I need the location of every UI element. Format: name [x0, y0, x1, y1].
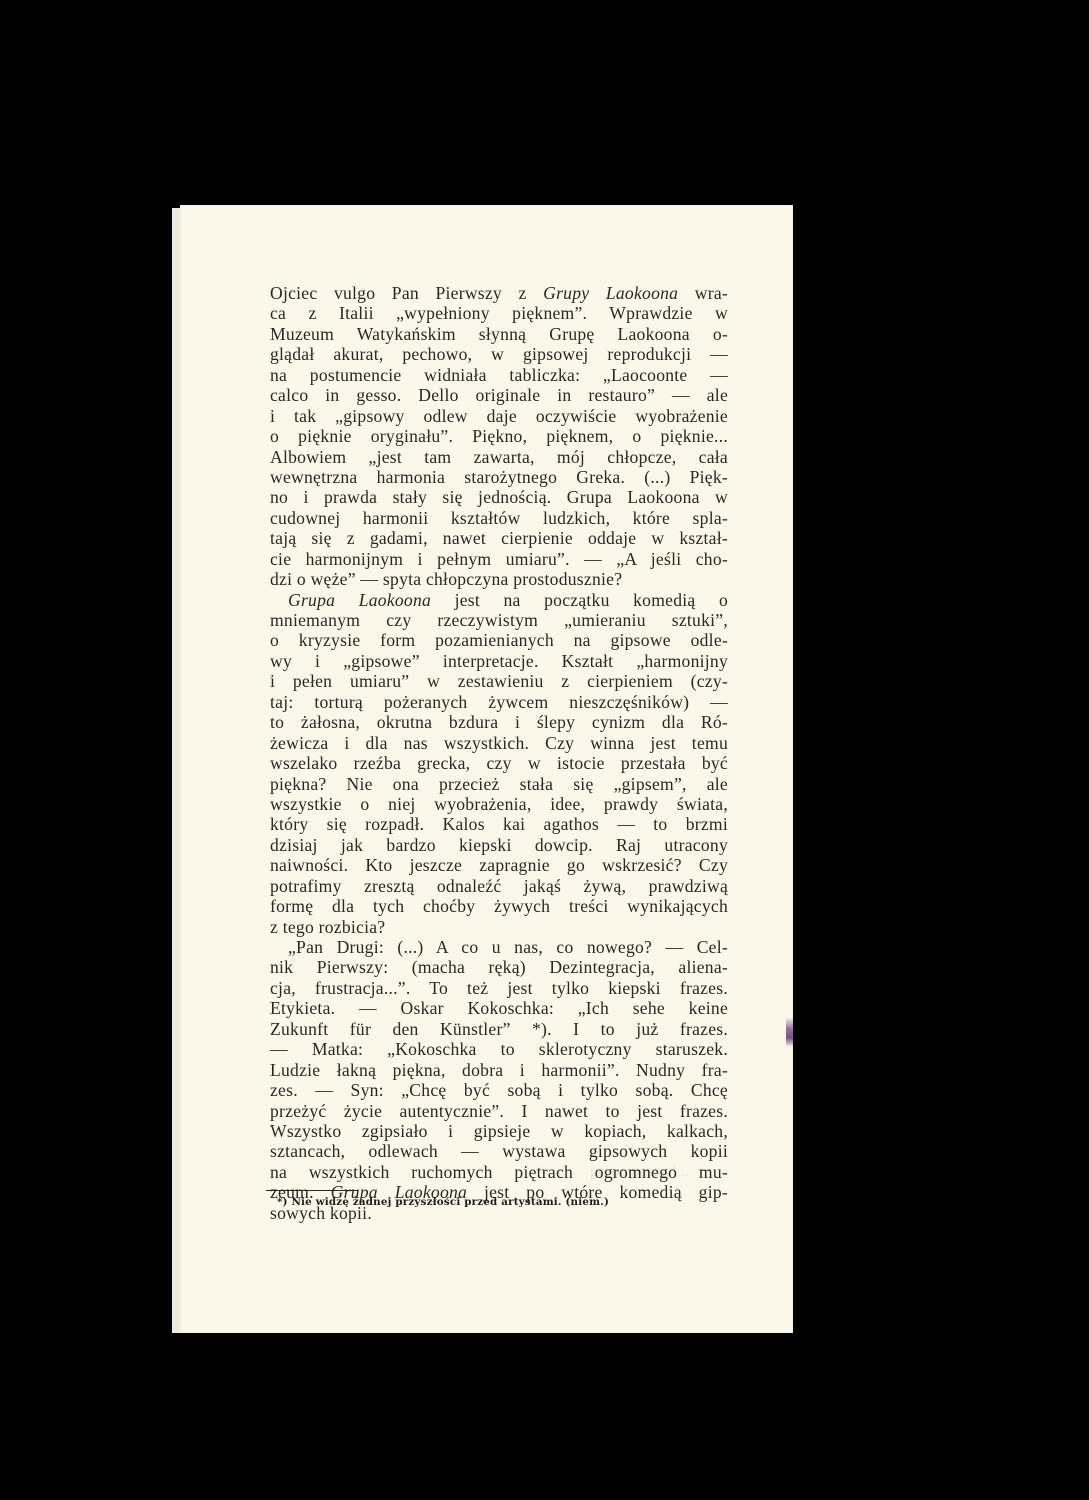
text-run: taj: torturą pożeranych żywcem nieszczęś…: [270, 692, 728, 712]
text-line: o kryzysie form pozamienianych na gipsow…: [270, 630, 728, 650]
text-run: cie harmonijnym i pełnym umiaru”. — „A j…: [270, 549, 728, 569]
text-run: Albowiem „jest tam zawarta, mój chłopcze…: [270, 447, 728, 467]
text-line: cie harmonijnym i pełnym umiaru”. — „A j…: [270, 549, 728, 569]
text-run: dzi o węże” — spyta chłopczyna prostodus…: [270, 569, 622, 589]
text-line: Ojciec vulgo Pan Pierwszy z Grupy Laokoo…: [270, 283, 728, 303]
text-line: i tak „gipsowy odlew daje oczywiście wyo…: [270, 406, 728, 426]
text-line: i pełen umiaru” w zestawieniu z cierpien…: [270, 671, 728, 691]
text-run: — Matka: „Kokoschka to sklerotyczny star…: [270, 1039, 728, 1059]
text-line: no i prawda stały się jednością. Grupa L…: [270, 487, 728, 507]
text-run: Zukunft für den Künstler” *). I to już f…: [270, 1019, 728, 1039]
text-line: z tego rozbicia?: [270, 917, 728, 937]
text-run: i tak „gipsowy odlew daje oczywiście wyo…: [270, 406, 728, 426]
text-line: to żałosna, okrutna bzdura i ślepy cyniz…: [270, 712, 728, 732]
text-run: wewnętrzna harmonia starożytnego Greka. …: [270, 467, 728, 487]
footnote-rule: [266, 1190, 358, 1191]
text-run: Ojciec vulgo Pan Pierwszy z: [270, 283, 543, 303]
text-line: cudownej harmonii kształtów ludzkich, kt…: [270, 508, 728, 528]
text-run: na wszystkich ruchomych piętrach ogromne…: [270, 1162, 728, 1182]
text-run: Wszystko zgipsiało i gipsieje w kopiach,…: [270, 1121, 728, 1141]
text-run: piękna? Nie ona przecież stała się „gips…: [270, 774, 728, 794]
paragraph: Grupa Laokoona jest na początku komedią …: [270, 590, 728, 937]
text-run: wy i „gipsowe” interpretacje. Kształt „h…: [270, 651, 728, 671]
text-line: Ludzie łakną piękna, dobra i harmonii”. …: [270, 1060, 728, 1080]
italic-title: Grupy Laokoona: [543, 283, 678, 303]
text-run: który się rozpadł. Kalos kai agathos — t…: [270, 814, 728, 834]
text-run: „Pan Drugi: (...) A co u nas, co nowego?…: [288, 937, 728, 957]
text-line: cja, frustracja...”. To też jest tylko k…: [270, 978, 728, 998]
text-line: naiwności. Kto jeszcze zapragnie go wskr…: [270, 855, 728, 875]
text-line: który się rozpadł. Kalos kai agathos — t…: [270, 814, 728, 834]
text-run: mniemanym czy rzeczywistym „umieraniu sz…: [270, 610, 728, 630]
text-run: no i prawda stały się jednością. Grupa L…: [270, 487, 728, 507]
text-line: calco in gesso. Dello originale in resta…: [270, 385, 728, 405]
text-line: zes. — Syn: „Chcę być sobą i tylko sobą.…: [270, 1080, 728, 1100]
text-run: żewicza i dla nas wszystkich. Czy winna …: [270, 733, 728, 753]
text-run: formę dla tych choćby żywych treści wyni…: [270, 896, 728, 916]
text-line: formę dla tych choćby żywych treści wyni…: [270, 896, 728, 916]
text-line: dzi o węże” — spyta chłopczyna prostodus…: [270, 569, 728, 589]
text-line: na wszystkich ruchomych piętrach ogromne…: [270, 1162, 728, 1182]
text-run: z tego rozbicia?: [270, 917, 385, 937]
footnote: *) Nie widzę żadnej przyszłości przed ar…: [277, 1196, 609, 1208]
text-run: ca z Italii „wypełniony pięknem”. Wprawd…: [270, 303, 728, 323]
text-line: na postumencie widniała tabliczka: „Laoc…: [270, 365, 728, 385]
text-line: Zukunft für den Künstler” *). I to już f…: [270, 1019, 728, 1039]
text-run: to żałosna, okrutna bzdura i ślepy cyniz…: [270, 712, 728, 732]
text-run: cudownej harmonii kształtów ludzkich, kt…: [270, 508, 728, 528]
text-run: Ludzie łakną piękna, dobra i harmonii”. …: [270, 1060, 728, 1080]
text-line: ca z Italii „wypełniony pięknem”. Wprawd…: [270, 303, 728, 323]
text-line: sztancach, odlewach — wystawa gipsowych …: [270, 1141, 728, 1161]
text-line: tają się z gadami, nawet cierpienie odda…: [270, 528, 728, 548]
text-run: naiwności. Kto jeszcze zapragnie go wskr…: [270, 855, 728, 875]
text-line: Albowiem „jest tam zawarta, mój chłopcze…: [270, 447, 728, 467]
text-line: dzisiaj jak bardzo kiepski dowcip. Raj u…: [270, 835, 728, 855]
text-run: calco in gesso. Dello originale in resta…: [270, 385, 728, 405]
text-line: mniemanym czy rzeczywistym „umieraniu sz…: [270, 610, 728, 630]
text-run: wra-: [678, 283, 728, 303]
text-run: nik Pierwszy: (macha ręką) Dezintegracja…: [270, 957, 728, 977]
text-run: dzisiaj jak bardzo kiepski dowcip. Raj u…: [270, 835, 728, 855]
text-run: glądał akurat, pechowo, w gipsowej repro…: [270, 344, 728, 364]
text-line: taj: torturą pożeranych żywcem nieszczęś…: [270, 692, 728, 712]
text-line: piękna? Nie ona przecież stała się „gips…: [270, 774, 728, 794]
text-line: — Matka: „Kokoschka to sklerotyczny star…: [270, 1039, 728, 1059]
text-line: wy i „gipsowe” interpretacje. Kształt „h…: [270, 651, 728, 671]
text-run: cja, frustracja...”. To też jest tylko k…: [270, 978, 728, 998]
text-run: o kryzysie form pozamienianych na gipsow…: [270, 630, 728, 650]
text-line: żewicza i dla nas wszystkich. Czy winna …: [270, 733, 728, 753]
text-line: potrafimy zresztą odnaleźć jakąś żywą, p…: [270, 876, 728, 896]
body-text: Ojciec vulgo Pan Pierwszy z Grupy Laokoo…: [270, 283, 728, 1223]
text-run: na postumencie widniała tabliczka: „Laoc…: [270, 365, 728, 385]
text-line: wszelako rzeźba grecka, czy w istocie pr…: [270, 753, 728, 773]
text-run: o pięknie oryginału”. Piękno, pięknem, o…: [270, 426, 728, 446]
text-run: Muzeum Watykańskim słynną Grupę Laokoona…: [270, 324, 728, 344]
text-line: o pięknie oryginału”. Piękno, pięknem, o…: [270, 426, 728, 446]
text-line: „Pan Drugi: (...) A co u nas, co nowego?…: [270, 937, 728, 957]
text-run: Etykieta. — Oskar Kokoschka: „Ich sehe k…: [270, 998, 728, 1018]
text-line: glądał akurat, pechowo, w gipsowej repro…: [270, 344, 728, 364]
text-run: przeżyć życie autentycznie”. I nawet to …: [270, 1101, 728, 1121]
text-line: nik Pierwszy: (macha ręką) Dezintegracja…: [270, 957, 728, 977]
paragraph: „Pan Drugi: (...) A co u nas, co nowego?…: [270, 937, 728, 1223]
italic-title: Grupa Laokoona: [288, 590, 431, 610]
text-line: Muzeum Watykańskim słynną Grupę Laokoona…: [270, 324, 728, 344]
text-run: zes. — Syn: „Chcę być sobą i tylko sobą.…: [270, 1080, 728, 1100]
text-run: i pełen umiaru” w zestawieniu z cierpien…: [270, 671, 728, 691]
text-line: wszystkie o niej wyobrażenia, idee, praw…: [270, 794, 728, 814]
text-run: wszelako rzeźba grecka, czy w istocie pr…: [270, 753, 728, 773]
text-line: wewnętrzna harmonia starożytnego Greka. …: [270, 467, 728, 487]
text-line: przeżyć życie autentycznie”. I nawet to …: [270, 1101, 728, 1121]
ink-stain: [786, 1017, 793, 1047]
text-line: Etykieta. — Oskar Kokoschka: „Ich sehe k…: [270, 998, 728, 1018]
text-run: wszystkie o niej wyobrażenia, idee, praw…: [270, 794, 728, 814]
text-line: Grupa Laokoona jest na początku komedią …: [270, 590, 728, 610]
text-line: Wszystko zgipsiało i gipsieje w kopiach,…: [270, 1121, 728, 1141]
paragraph: Ojciec vulgo Pan Pierwszy z Grupy Laokoo…: [270, 283, 728, 590]
text-run: tają się z gadami, nawet cierpienie odda…: [270, 528, 728, 548]
text-run: potrafimy zresztą odnaleźć jakąś żywą, p…: [270, 876, 728, 896]
text-run: sztancach, odlewach — wystawa gipsowych …: [270, 1141, 728, 1161]
text-run: jest na początku komedią o: [431, 590, 728, 610]
